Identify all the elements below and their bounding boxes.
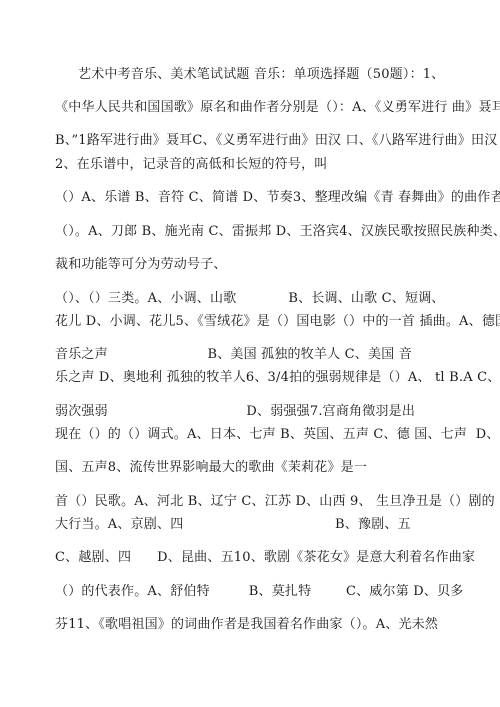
text-line: 现在（）的（）调式。A、日本、七声 B、英国、五声 C、德 国、七声 D、中 — [55, 427, 500, 443]
text-line: （）A、乐谱 B、音符 C、简谱 D、节奏3、整理改编《青 春舞曲》的曲作者是 — [55, 190, 500, 206]
text-line: 《中华人民共和国国歌》原名和曲作者分别是（）：A、《义勇军进行 曲》聂耳 — [55, 100, 500, 116]
text-line: （）。A、刀郎 B、施光南 C、雷振邦 D、王洛宾4、汉族民歌按照民族种类、体 — [55, 224, 500, 240]
text-line: C、越剧、四 D、昆曲、五10、歌剧《茶花女》是意大利着名作曲家 — [55, 550, 475, 566]
text-line: 裁和功能等可分为劳动号子、 — [55, 257, 227, 273]
text-line: 国、五声8、流传世界影响最大的歌曲《茉莉花》是一 — [55, 460, 367, 476]
text-line: 2、在乐谱中，记录音的高低和长短的符号，叫 — [55, 157, 327, 173]
text-line: 弱次强弱 D、弱强强7.宫商角徵羽是出 — [55, 404, 415, 420]
text-line: 大行当。A、京剧、四 B、豫剧、五 — [55, 517, 411, 533]
text-line: 首（）民歌。A、河北 B、辽宁 C、江苏 D、山西 9、 生旦净丑是（）剧的（） — [55, 494, 500, 510]
text-line: 音乐之声 B、美国 孤独的牧羊人 C、美国 音 — [55, 347, 412, 363]
text-line: 花儿 D、小调、花儿5、《雪绒花》是（）国电影（）中的一首 插曲。A、德国 — [55, 314, 500, 330]
text-line: （）的代表作。A、舒伯特 B、莫扎特 C、威尔第 D、贝多 — [55, 584, 464, 600]
text-line: B、”1路军进行曲》聂耳C、《义勇军进行曲》田汉 口、《八路军进行曲》田汉 — [55, 133, 497, 149]
text-line: 艺术中考音乐、美术笔试试题 音乐：单项选择题（50题）：1、 — [78, 67, 444, 83]
document-page: 艺术中考音乐、美术笔试试题 音乐：单项选择题（50题）：1、 《中华人民共和国国… — [0, 0, 500, 707]
text-line: 乐之声 D、奥地利 孤独的牧羊人6、3/4拍的强弱规律是（）A、 tl B.A … — [55, 370, 500, 386]
text-line: （）、（）三类。A、小调、山歌 B、长调、山歌 C、短调、 — [55, 291, 445, 307]
text-line: 芬11、《歌唱祖国》的词曲作者是我国着名作曲家（）。A、光未然 — [55, 617, 438, 633]
